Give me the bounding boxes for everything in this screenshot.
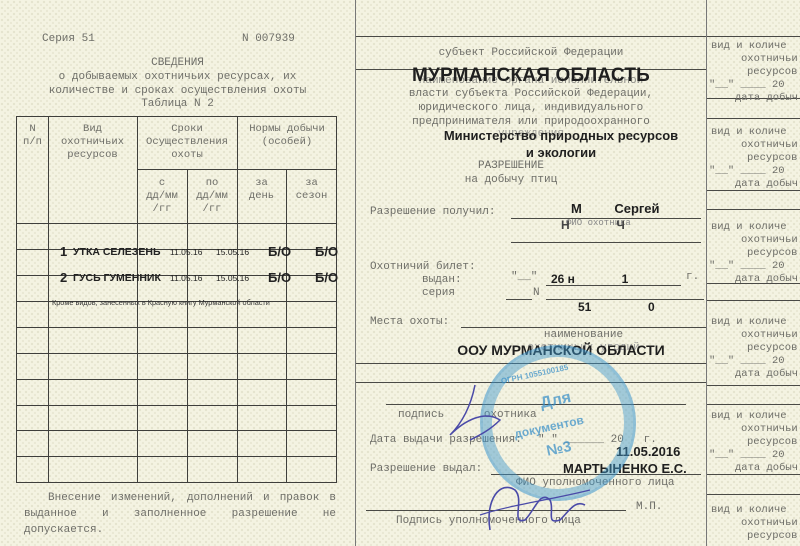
authority-name-2: и экологии xyxy=(416,145,706,160)
ticket-number: 0 xyxy=(648,300,655,314)
issued-by-label: Разрешение выдал: xyxy=(370,463,482,475)
stub-line: дата добыч xyxy=(707,273,800,286)
row-to: 15.05.16 xyxy=(216,247,249,257)
stub-6: вид и количе охотничьи ресурсов xyxy=(707,504,800,543)
stub-line: ресурсов xyxy=(707,152,800,165)
row-per-season: Б/О xyxy=(315,244,338,259)
stub-line: охотничьи xyxy=(707,423,800,436)
stub-5: вид и количе охотничьи ресурсов "__" ___… xyxy=(707,410,800,475)
header-to: по дд/мм /гг xyxy=(187,177,237,216)
stub-line: вид и количе xyxy=(707,126,800,139)
stub-line: дата добыч xyxy=(707,462,800,475)
stub-line: "__" ____ 20 xyxy=(707,260,800,273)
official-signature-scribble xyxy=(470,470,600,540)
authority-caption-3: юридического лица, индивидуального xyxy=(356,102,706,114)
stub-line: вид и количе xyxy=(707,504,800,517)
stub-line: охотничьи xyxy=(707,234,800,247)
stub-line: охотничьи xyxy=(707,53,800,66)
stamp-center-1: Для xyxy=(539,389,573,413)
row-per-day: Б/О xyxy=(268,270,291,285)
stub-3: вид и количе охотничьи ресурсов "__" ___… xyxy=(707,221,800,286)
stub-line: дата добыч xyxy=(707,178,800,191)
stub-line: ресурсов xyxy=(707,530,800,543)
received-value-line2: Н Ч xyxy=(561,218,625,232)
authority-caption-4: предпринимателя или природоохранного xyxy=(356,116,706,128)
header-per-day: за день xyxy=(237,177,286,203)
stub-line: дата добыч xyxy=(707,92,800,105)
row-from: 11.05.16 xyxy=(170,247,202,257)
stub-4: вид и количе охотничьи ресурсов "__" ___… xyxy=(707,316,800,381)
table-label: Таблица N 2 xyxy=(0,98,355,110)
stub-line: ресурсов xyxy=(707,436,800,449)
stub-line: ресурсов xyxy=(707,247,800,260)
authority-name-1: Министерство природных ресурсов xyxy=(416,128,706,143)
header-norms: Нормы добычи (особей) xyxy=(237,123,337,149)
issued-day: "__" xyxy=(511,271,537,283)
series-label: серия xyxy=(422,287,455,299)
row-number: 2 xyxy=(60,270,67,285)
stub-line: вид и количе xyxy=(707,316,800,329)
stub-1: вид и количе охотничьи ресурсов "__" ___… xyxy=(707,40,800,105)
subject-caption: субъект Российской Федерации xyxy=(356,47,706,59)
stub-line: охотничьи xyxy=(707,517,800,530)
row-per-season: Б/О xyxy=(315,270,338,285)
authority-caption-2: власти субъекта Российской Федерации, xyxy=(356,88,706,100)
header-from: с дд/мм /гг xyxy=(137,177,187,216)
stub-line: вид и количе xyxy=(707,410,800,423)
permit-subtitle: на добычу птиц xyxy=(356,174,666,186)
seal-label: М.П. xyxy=(636,501,662,513)
row-species: ГУСЬ ГУМЕННИК xyxy=(73,272,161,284)
permit-title: РАЗРЕШЕНИЕ xyxy=(356,160,666,172)
year-suffix: г. xyxy=(686,271,699,283)
stub-line: "__" ____ 20 xyxy=(707,449,800,462)
table-footnote: Кроме видов, занесенных в Красную книгу … xyxy=(52,298,270,307)
document-number: N 007939 xyxy=(242,33,295,45)
received-value: М Сергей xyxy=(571,201,660,216)
ticket-series: 51 xyxy=(578,300,591,314)
info-subheading-2: количестве и сроках осуществления охоты xyxy=(0,85,355,97)
stub-line: охотничьи xyxy=(707,329,800,342)
stub-line: дата добыч xyxy=(707,368,800,381)
places-caption: наименование xyxy=(461,329,706,341)
header-period: Сроки Осуществления охоты xyxy=(137,123,237,162)
region-name: МУРМАНСКАЯ ОБЛАСТЬ xyxy=(356,65,706,87)
series-label: Серия 51 xyxy=(42,33,95,45)
stub-line: охотничьи xyxy=(707,139,800,152)
row-per-day: Б/О xyxy=(268,244,291,259)
stub-line: "__" ____ 20 xyxy=(707,79,800,92)
stamp-center-3: №3 xyxy=(545,438,573,460)
hunter-signature-scribble xyxy=(440,380,540,450)
ticket-issue-date: 26 н 1 xyxy=(551,272,628,286)
notice-text: Внесение изменений, дополнений и правок … xyxy=(24,490,336,538)
header-species: Вид охотничьих ресурсов xyxy=(48,123,137,162)
info-heading: СВЕДЕНИЯ xyxy=(0,57,355,69)
stub-line: "__" ____ 20 xyxy=(707,355,800,368)
header-per-season: за сезон xyxy=(286,177,337,203)
row-species: УТКА СЕЛЕЗЕНЬ xyxy=(73,246,161,258)
stub-2: вид и количе охотничьи ресурсов "__" ___… xyxy=(707,126,800,191)
tear-off-stubs: вид и количе охотничьи ресурсов "__" ___… xyxy=(706,0,800,546)
header-number: N п/п xyxy=(17,123,48,149)
stub-line: "__" ____ 20 xyxy=(707,165,800,178)
hunting-ticket-label: Охотничий билет: xyxy=(370,261,476,273)
issued-label: выдан: xyxy=(422,274,462,286)
info-page: Серия 51 N 007939 СВЕДЕНИЯ о добываемых … xyxy=(0,0,355,546)
row-from: 11.05.16 xyxy=(170,273,202,283)
places-label: Места охоты: xyxy=(370,316,449,328)
number-sign: N xyxy=(533,287,540,299)
row-to: 15.05.16 xyxy=(216,273,249,283)
stub-line: вид и количе xyxy=(707,40,800,53)
stub-line: ресурсов xyxy=(707,342,800,355)
stub-line: ресурсов xyxy=(707,66,800,79)
received-label: Разрешение получил: xyxy=(370,206,495,218)
info-subheading-1: о добываемых охотничьих ресурсах, их xyxy=(0,71,355,83)
stub-line: вид и количе xyxy=(707,221,800,234)
row-number: 1 xyxy=(60,244,67,259)
